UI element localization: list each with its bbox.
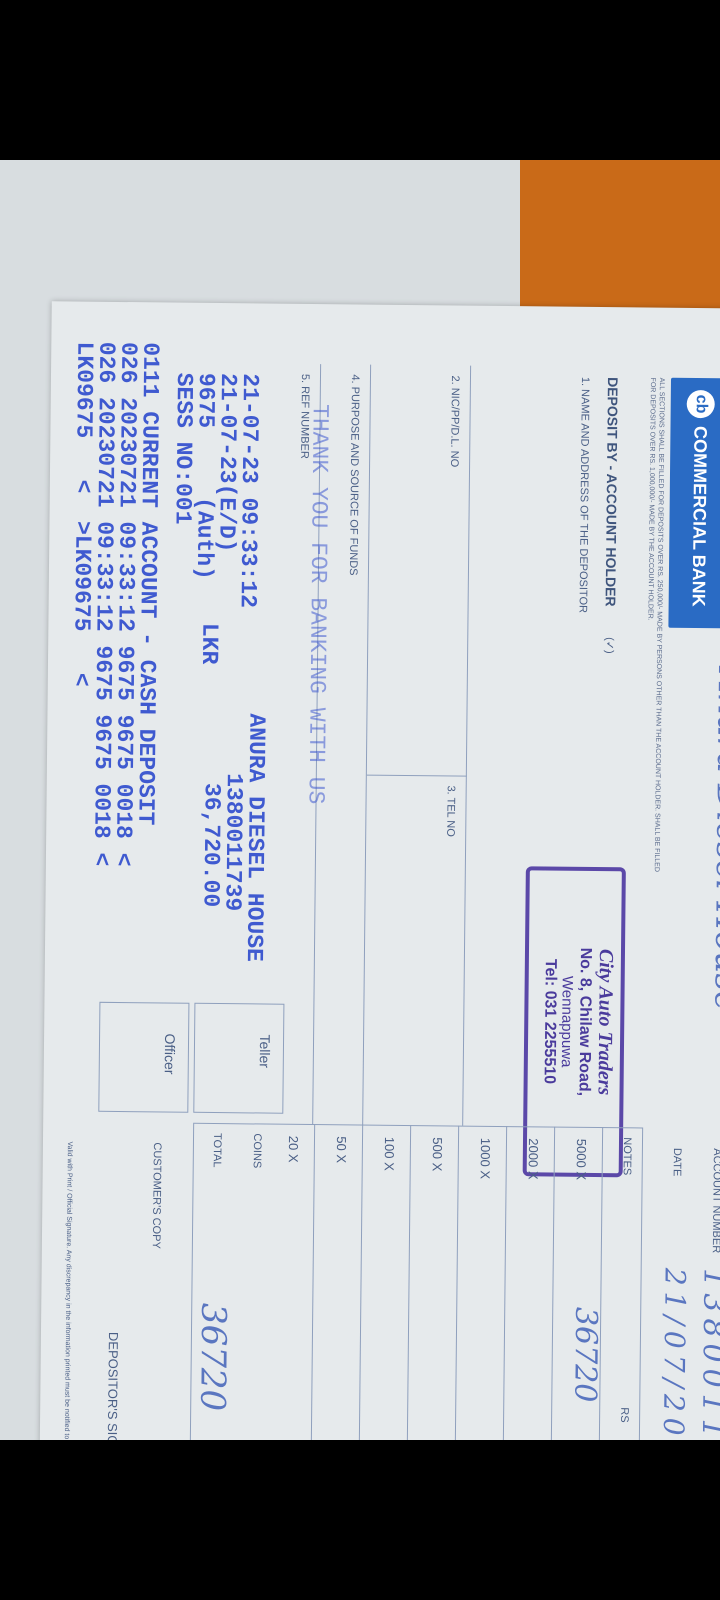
deposit-by-checkbox[interactable]: (✓) (603, 637, 616, 654)
denomination-label: 2000 X (526, 1138, 541, 1179)
deposit-by-heading: DEPOSIT BY - ACCOUNT HOLDER (603, 377, 621, 607)
denomination-label: 20 X (286, 1136, 301, 1163)
nic-label: 2. NIC/PP/D.L. NO (448, 375, 461, 467)
date-label: DATE (671, 1148, 683, 1177)
validity-note: Valid with Print / Official Signature. A… (61, 1141, 73, 1440)
teller-label: Teller (257, 1034, 273, 1068)
printout-account-name: ANURA DIESEL HOUSE (243, 713, 268, 962)
wooden-table (520, 160, 720, 330)
printout-header-lines: 21-07-23 09:33:1221-07-23(E/D)9675 (Auth… (171, 373, 261, 609)
printout-account-number: 1380011739 (221, 773, 244, 911)
divider (462, 366, 471, 1126)
stamp-phone: Tel: 031 2255510 (539, 880, 560, 1162)
handwritten-account-holder: Anura Diesel House (706, 668, 720, 1011)
fine-print: ALL SECTIONS SHALL BE FILLED FOR DEPOSIT… (643, 378, 666, 878)
depositor-name-label: 1. NAME AND ADDRESS OF THE DEPOSITOR (577, 377, 591, 613)
denomination-label: 5000 X (574, 1139, 589, 1180)
handwritten-total: 36720 (192, 1303, 233, 1412)
denomination-label: 50 X (334, 1136, 349, 1163)
viewer-top-bar (0, 0, 720, 160)
handwritten-notes-amount: 36720 (567, 1307, 603, 1403)
officer-label: Officer (162, 1033, 178, 1074)
deposit-slip: cb COMMERCIAL BANK ALL SECTIONS SHALL BE… (38, 301, 720, 1440)
handwritten-account-number: 1380011739 (694, 1268, 720, 1440)
photo-image: PURPOSE AND SOURCE OF FUNDS 500 X 100 X … (0, 160, 720, 1440)
teller-box: Teller (193, 1003, 284, 1114)
bank-name: COMMERCIAL BANK (688, 426, 711, 607)
notes-column-header: NOTES (621, 1137, 633, 1175)
printout-currency: LKR (198, 623, 220, 665)
officer-box: Officer (98, 1002, 189, 1113)
viewer-bottom-bar (0, 1440, 720, 1600)
divider (367, 775, 467, 777)
depositor-signature-label: DEPOSITOR'S SIGNATURE (104, 1332, 121, 1440)
printout-thank-you: THANK YOU FOR BANKING WITH US (305, 404, 331, 804)
handwritten-date: 21/07/2023 (656, 1268, 691, 1440)
bank-logo: cb COMMERCIAL BANK (668, 378, 720, 629)
printout-transaction-lines: 0111 CURRENT ACCOUNT - CASH DEPOSIT026 2… (68, 341, 161, 866)
stamp-city: Wennappuwa (557, 881, 577, 1163)
coins-label: COINS (251, 1133, 263, 1168)
account-number-label: ACCOUNT NUMBER (710, 1148, 720, 1253)
tel-label: 3. TEL NO (444, 785, 457, 836)
printout-amount: 36,720.00 (199, 783, 222, 907)
total-label: TOTAL (211, 1133, 223, 1168)
divider (362, 365, 371, 1125)
denomination-label: 100 X (382, 1137, 397, 1171)
purpose-label: 4. PURPOSE AND SOURCE OF FUNDS (347, 374, 361, 575)
stamp-company-name: City Auto Traders (592, 881, 618, 1163)
denomination-label: 500 X (430, 1137, 445, 1171)
stamp-address: No. 8, Chilaw Road, (574, 881, 595, 1163)
denomination-label: 1000 X (478, 1138, 493, 1179)
rupees-column-header: RS (618, 1407, 630, 1422)
bank-logo-icon: cb (687, 390, 715, 418)
customers-copy-label: CUSTOMER'S COPY (150, 1142, 163, 1249)
